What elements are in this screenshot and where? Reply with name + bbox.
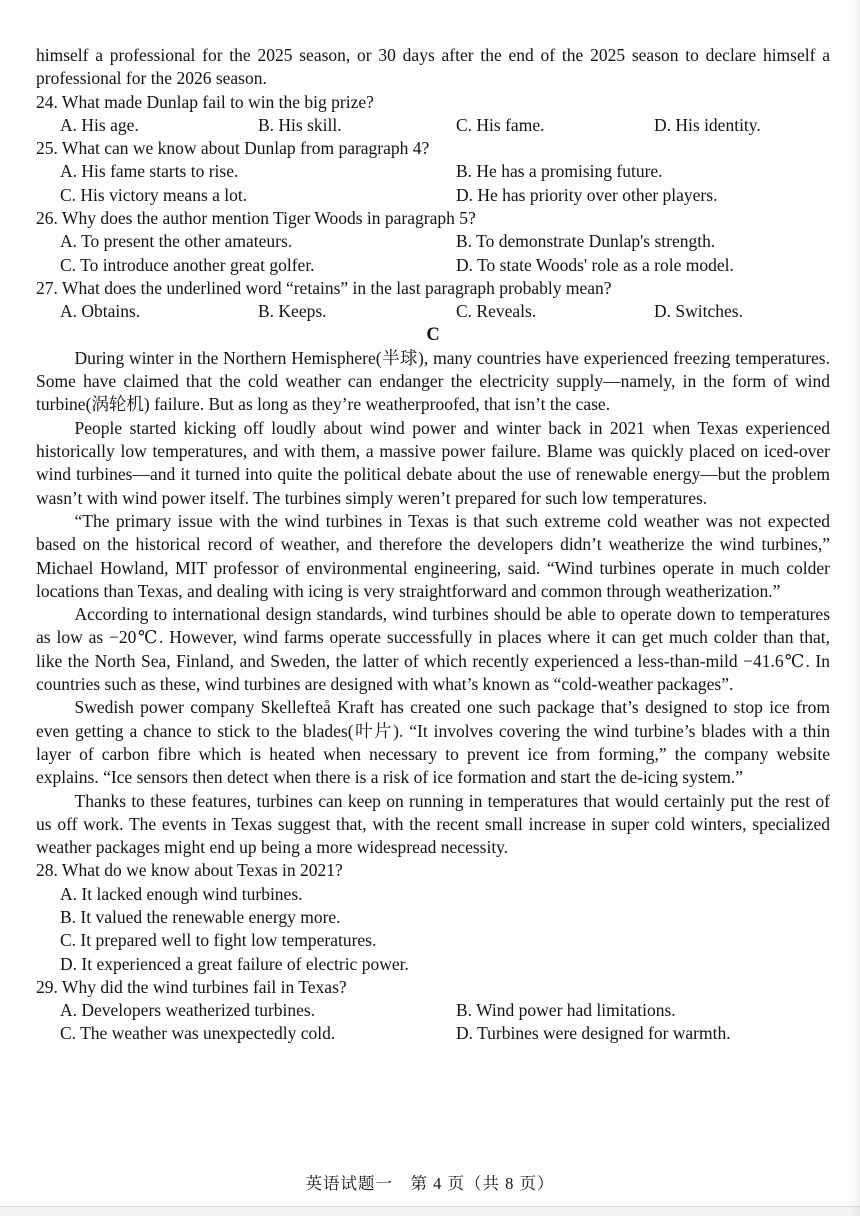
question-29: 29. Why did the wind turbines fail in Te… <box>36 976 830 1046</box>
option-c: C. It prepared well to fight low tempera… <box>36 929 830 952</box>
question-26-options-row-2: C. To introduce another great golfer. D.… <box>36 254 830 277</box>
continuation-paragraph: himself a professional for the 2025 seas… <box>36 44 830 91</box>
option-b: B. Wind power had limitations. <box>456 999 830 1022</box>
option-d: D. His identity. <box>654 114 830 137</box>
question-25-options-row-1: A. His fame starts to rise. B. He has a … <box>36 160 830 183</box>
option-d: D. Turbines were designed for warmth. <box>456 1022 830 1045</box>
question-25: 25. What can we know about Dunlap from p… <box>36 137 830 207</box>
option-a: A. Developers weatherized turbines. <box>60 999 456 1022</box>
question-26: 26. Why does the author mention Tiger Wo… <box>36 207 830 277</box>
question-24: 24. What made Dunlap fail to win the big… <box>36 91 830 138</box>
option-d: D. To state Woods' role as a role model. <box>456 254 830 277</box>
passage-paragraph-5: Swedish power company Skellefteå Kraft h… <box>36 696 830 789</box>
option-c: C. His fame. <box>456 114 654 137</box>
option-c: C. His victory means a lot. <box>60 184 456 207</box>
question-27-options: A. Obtains. B. Keeps. C. Reveals. D. Swi… <box>36 300 830 323</box>
option-d: D. He has priority over other players. <box>456 184 830 207</box>
passage-paragraph-4: According to international design standa… <box>36 603 830 696</box>
question-29-options-row-1: A. Developers weatherized turbines. B. W… <box>36 999 830 1022</box>
question-26-stem: 26. Why does the author mention Tiger Wo… <box>36 207 830 230</box>
passage-paragraph-1: During winter in the Northern Hemisphere… <box>36 347 830 417</box>
question-28: 28. What do we know about Texas in 2021?… <box>36 859 830 975</box>
option-b: B. It valued the renewable energy more. <box>36 906 830 929</box>
option-c: C. To introduce another great golfer. <box>60 254 456 277</box>
option-d: D. It experienced a great failure of ele… <box>36 953 830 976</box>
passage-c: During winter in the Northern Hemisphere… <box>36 347 830 860</box>
question-26-options-row-1: A. To present the other amateurs. B. To … <box>36 230 830 253</box>
exam-paper-page: himself a professional for the 2025 seas… <box>0 0 860 1216</box>
question-24-options: A. His age. B. His skill. C. His fame. D… <box>36 114 830 137</box>
page-footer: 英语试题一 第 4 页（共 8 页） <box>0 1170 860 1194</box>
page-content: himself a professional for the 2025 seas… <box>36 44 830 1046</box>
option-b: B. Keeps. <box>258 300 456 323</box>
question-25-options-row-2: C. His victory means a lot. D. He has pr… <box>36 184 830 207</box>
passage-paragraph-6: Thanks to these features, turbines can k… <box>36 790 830 860</box>
option-a: A. His age. <box>60 114 258 137</box>
option-a: A. His fame starts to rise. <box>60 160 456 183</box>
question-29-stem: 29. Why did the wind turbines fail in Te… <box>36 976 830 999</box>
option-d: D. Switches. <box>654 300 830 323</box>
option-b: B. He has a promising future. <box>456 160 830 183</box>
question-28-stem: 28. What do we know about Texas in 2021? <box>36 859 830 882</box>
passage-c-section-header: C <box>36 324 830 347</box>
question-27: 27. What does the underlined word “retai… <box>36 277 830 324</box>
option-a: A. To present the other amateurs. <box>60 230 456 253</box>
scan-right-shade <box>850 0 860 1216</box>
passage-paragraph-3: “The primary issue with the wind turbine… <box>36 510 830 603</box>
option-a: A. It lacked enough wind turbines. <box>36 883 830 906</box>
option-b: B. To demonstrate Dunlap's strength. <box>456 230 830 253</box>
question-24-stem: 24. What made Dunlap fail to win the big… <box>36 91 830 114</box>
option-c: C. The weather was unexpectedly cold. <box>60 1022 456 1045</box>
scan-bottom-strip <box>0 1207 860 1216</box>
option-b: B. His skill. <box>258 114 456 137</box>
passage-paragraph-2: People started kicking off loudly about … <box>36 417 830 510</box>
question-25-stem: 25. What can we know about Dunlap from p… <box>36 137 830 160</box>
question-29-options-row-2: C. The weather was unexpectedly cold. D.… <box>36 1022 830 1045</box>
option-c: C. Reveals. <box>456 300 654 323</box>
question-27-stem: 27. What does the underlined word “retai… <box>36 277 830 300</box>
option-a: A. Obtains. <box>60 300 258 323</box>
